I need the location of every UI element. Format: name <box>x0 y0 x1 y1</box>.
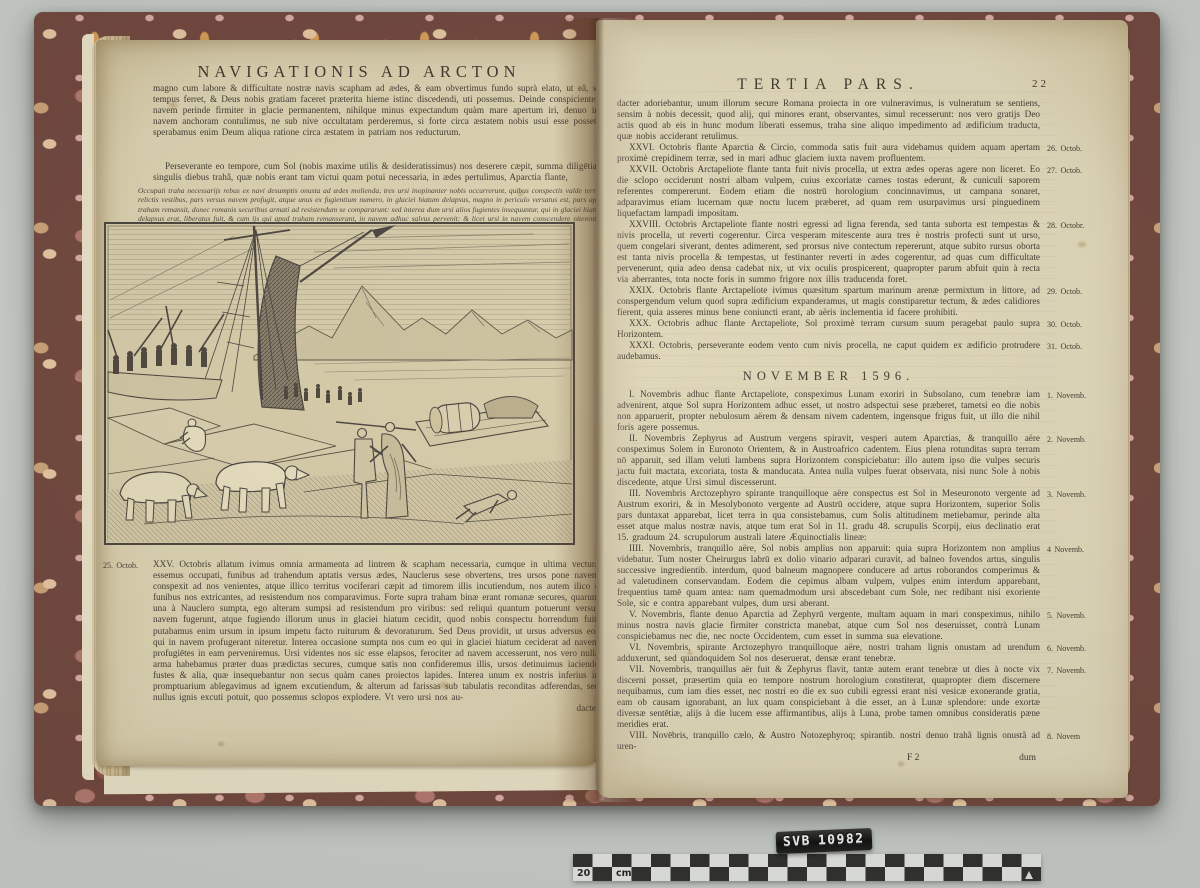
november-entries: 1. Novemb. I. Novembris adhuc flante Arc… <box>617 389 1040 752</box>
margin-note: 26. Octob. <box>1047 143 1082 154</box>
running-title-left: NAVIGATIONIS AD ARCTON <box>136 62 582 82</box>
scale-bar-top-row <box>573 854 1041 867</box>
entry-text: V. Novembris, flante denuo Aparctia ad Z… <box>617 609 1040 642</box>
journal-entry: 29. Octob. XXIX. Octobris flante Arctape… <box>617 285 1040 318</box>
margin-note: 29. Octob. <box>1047 286 1082 297</box>
continuation-paragraph: dacter adoriebantur, unum illorum secure… <box>617 98 1040 142</box>
entry-text: XXVII. Octobris Arctapeliote flante tant… <box>617 164 1040 219</box>
photo-backdrop: NAVIGATIONIS AD ARCTON magno cum labore … <box>0 0 1200 888</box>
id-prefix: SVB <box>783 834 812 850</box>
page-footer: F 2 dum <box>617 753 1040 767</box>
stain-spot <box>216 740 226 748</box>
scale-unit-label: cm <box>616 868 632 879</box>
catchword: dum <box>1019 753 1036 763</box>
journal-entry: 3. Novemb. III. Novembris Arctozephyro s… <box>617 488 1040 543</box>
intro-paragraph: magno cum labore & difficultate nostræ n… <box>153 83 599 138</box>
entry-text: dacter adoriebantur, unum illorum secure… <box>617 98 1040 142</box>
journal-entry: 7. Novemb. VII. Novembris, tranquillus a… <box>617 664 1040 730</box>
journal-entry: 26. Octob. XXVI. Octobris flante Aparcti… <box>617 142 1040 164</box>
right-page-body: dacter adoriebantur, unum illorum secure… <box>617 98 1040 767</box>
entry-text: II. Novembris Zephyrus ad Austrum vergen… <box>617 433 1040 488</box>
margin-note: 28. Octobr. <box>1047 220 1084 231</box>
collection-id-label: SVB10982 <box>776 828 872 854</box>
id-number: 10982 <box>818 831 865 848</box>
entry-text: III. Novembris Arctozephyro spirante tra… <box>617 488 1040 543</box>
open-book: NAVIGATIONIS AD ARCTON magno cum labore … <box>34 12 1160 806</box>
journal-entry: 5. Novemb. V. Novembris, flante denuo Ap… <box>617 609 1040 642</box>
stain-spot <box>1076 240 1088 249</box>
journal-entry: 27. Octob. XXVII. Octobris Arctapeliote … <box>617 164 1040 219</box>
entry-text: I. Novembris adhuc flante Arctapeliote, … <box>617 389 1040 433</box>
margin-note: 4 Novemb. <box>1047 544 1084 555</box>
entry-text: VII. Novembris, tranquillus aër fuit & Z… <box>617 664 1040 730</box>
margin-note: 6. Novemb. <box>1047 643 1086 654</box>
left-page: NAVIGATIONIS AD ARCTON magno cum labore … <box>96 40 600 766</box>
entry-text: XXVI. Octobris flante Aparctia & Circio,… <box>617 142 1040 164</box>
journal-entry: 8. Novem VIII. Novēbris, tranquillo cælo… <box>617 730 1040 752</box>
journal-entry: 2. Novemb. II. Novembris Zephyrus ad Aus… <box>617 433 1040 488</box>
margin-note: 25. Octob. <box>103 560 138 571</box>
running-title-right: TERTIA PARS. <box>617 76 1040 94</box>
margin-note: 8. Novem <box>1047 731 1080 742</box>
journal-entry: 4 Novemb. IIII. Novembris, tranquillo aë… <box>617 543 1040 609</box>
entry-text: XXIX. Octobris flante Arctapeliote ivimu… <box>617 285 1040 318</box>
journal-entry-oct25: 25. Octob. XXV. Octobris allatum ivimus … <box>153 559 599 714</box>
journal-entry: 6. Novemb. VI. Novembris, spirante Arcto… <box>617 642 1040 664</box>
second-paragraph: Perseverante eo tempore, cum Sol (nobis … <box>153 161 599 183</box>
entry-text: IIII. Novembris, tranquillo aëre, Sol no… <box>617 543 1040 609</box>
margin-note: 7. Novemb. <box>1047 665 1086 676</box>
scale-arrow-icon <box>1025 871 1033 879</box>
journal-entry: 1. Novemb. I. Novembris adhuc flante Arc… <box>617 389 1040 433</box>
scale-bar-bottom-row <box>573 867 1041 881</box>
entry-text: VIII. Novēbris, tranquillo cælo, & Austr… <box>617 730 1040 752</box>
journal-entry: 30. Octob. XXX. Octobris adhuc flante Ar… <box>617 318 1040 340</box>
entry-text: XXVIII. Octobris Arctapeliote flante nos… <box>617 219 1040 285</box>
margin-note: 1. Novemb. <box>1047 390 1086 401</box>
month-heading: NOVEMBER 1596. <box>617 369 1040 384</box>
margin-note: 27. Octob. <box>1047 165 1082 176</box>
margin-note: 3. Novemb. <box>1047 489 1086 500</box>
entry-text: XXV. Octobris allatum ivimus omnia armam… <box>153 559 599 702</box>
margin-note: 5. Novemb. <box>1047 610 1086 621</box>
signature-mark: F 2 <box>907 753 919 763</box>
right-page: TERTIA PARS. 22 dacter adoriebantur, unu… <box>596 20 1128 798</box>
entry-text: XXX. Octobris adhuc flante Arctapeliote,… <box>617 318 1040 340</box>
scale-number-label: 20 <box>577 868 590 879</box>
journal-entry: 28. Octobr. XXVIII. Octobris Arctapeliot… <box>617 219 1040 285</box>
margin-note: 31. Octob. <box>1047 341 1082 352</box>
margin-note: 2. Novemb. <box>1047 434 1086 445</box>
margin-note: 30. Octob. <box>1047 319 1082 330</box>
journal-entry: 31. Octob. XXXI. Octobris, perseverante … <box>617 340 1040 362</box>
october-entries: 26. Octob. XXVI. Octobris flante Aparcti… <box>617 142 1040 362</box>
arctic-engraving <box>104 222 575 545</box>
page-number: 22 <box>1032 78 1049 90</box>
entry-text: XXXI. Octobris, perseverante eodem vento… <box>617 340 1040 362</box>
entry-text: VI. Novembris, spirante Arctozephyro tra… <box>617 642 1040 664</box>
catchword: dacter <box>153 703 599 714</box>
scale-bar: 20 cm <box>573 854 1041 881</box>
